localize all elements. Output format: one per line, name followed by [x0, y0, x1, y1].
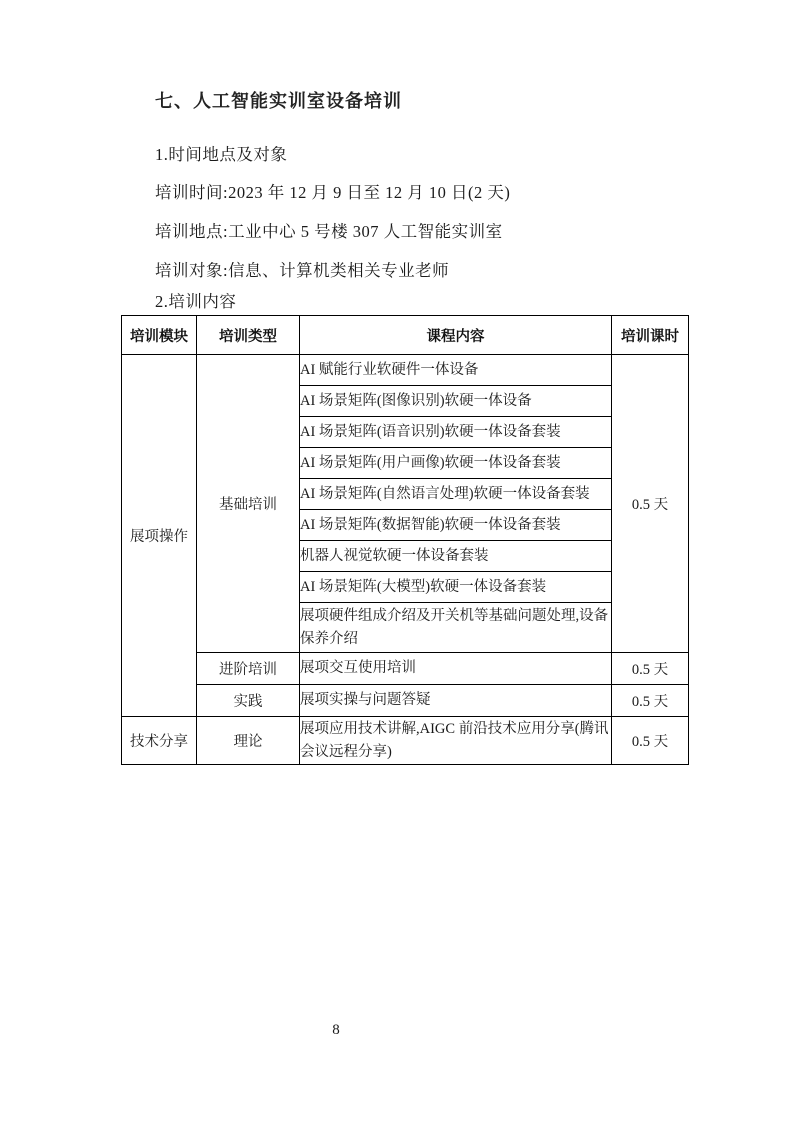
subsection-1-title: 1.时间地点及对象 [121, 143, 793, 167]
content-cell: AI 场景矩阵(图像识别)软硬一体设备 [300, 386, 612, 417]
header-cell-type: 培训类型 [197, 316, 300, 355]
type-cell-basic-training: 基础培训 [197, 355, 300, 653]
content-cell: 展项实操与问题答疑 [300, 685, 612, 717]
content-cell: AI 赋能行业软硬件一体设备 [300, 355, 612, 386]
section-heading: 七、人工智能实训室设备培训 [121, 0, 793, 114]
page-number: 8 [0, 1022, 793, 1039]
module-cell-exhibit-operation: 展项操作 [122, 355, 197, 717]
type-cell-theory: 理论 [197, 717, 300, 765]
header-cell-content: 课程内容 [300, 316, 612, 355]
header-cell-module: 培训模块 [122, 316, 197, 355]
module-cell-tech-share: 技术分享 [122, 717, 197, 765]
document-page: 七、人工智能实训室设备培训 1.时间地点及对象 培训时间:2023 年 12 月… [0, 0, 793, 1121]
type-cell-practice: 实践 [197, 685, 300, 717]
content-cell: 机器人视觉软硬一体设备套装 [300, 541, 612, 572]
table-row: 实践 展项实操与问题答疑 0.5 天 [122, 685, 689, 717]
content-cell: AI 场景矩阵(数据智能)软硬一体设备套装 [300, 510, 612, 541]
subsection-2-title: 2.培训内容 [121, 290, 793, 314]
training-location-line: 培训地点:工业中心 5 号楼 307 人工智能实训室 [121, 220, 793, 244]
content-cell: AI 场景矩阵(自然语言处理)软硬一体设备套装 [300, 479, 612, 510]
content-cell: AI 场景矩阵(用户画像)软硬一体设备套装 [300, 448, 612, 479]
content-cell: 展项硬件组成介绍及开关机等基础问题处理,设备保养介绍 [300, 603, 612, 653]
content-cell: AI 场景矩阵(大模型)软硬一体设备套装 [300, 572, 612, 603]
duration-cell-advanced: 0.5 天 [612, 653, 689, 685]
training-content-table: 培训模块 培训类型 课程内容 培训课时 展项操作 基础培训 AI 赋能行业软硬件… [121, 315, 689, 765]
training-audience-line: 培训对象:信息、计算机类相关专业老师 [121, 259, 793, 283]
table-row: 技术分享 理论 展项应用技术讲解,AIGC 前沿技术应用分享(腾讯会议远程分享)… [122, 717, 689, 765]
type-cell-advanced-training: 进阶培训 [197, 653, 300, 685]
table-row: 进阶培训 展项交互使用培训 0.5 天 [122, 653, 689, 685]
duration-cell-theory: 0.5 天 [612, 717, 689, 765]
duration-cell-basic: 0.5 天 [612, 355, 689, 653]
training-time-line: 培训时间:2023 年 12 月 9 日至 12 月 10 日(2 天) [121, 181, 793, 205]
content-cell: 展项应用技术讲解,AIGC 前沿技术应用分享(腾讯会议远程分享) [300, 717, 612, 765]
table-header-row: 培训模块 培训类型 课程内容 培训课时 [122, 316, 689, 355]
content-cell: 展项交互使用培训 [300, 653, 612, 685]
table-row: 展项操作 基础培训 AI 赋能行业软硬件一体设备 0.5 天 [122, 355, 689, 386]
duration-cell-practice: 0.5 天 [612, 685, 689, 717]
content-cell: AI 场景矩阵(语音识别)软硬一体设备套装 [300, 417, 612, 448]
header-cell-duration: 培训课时 [612, 316, 689, 355]
